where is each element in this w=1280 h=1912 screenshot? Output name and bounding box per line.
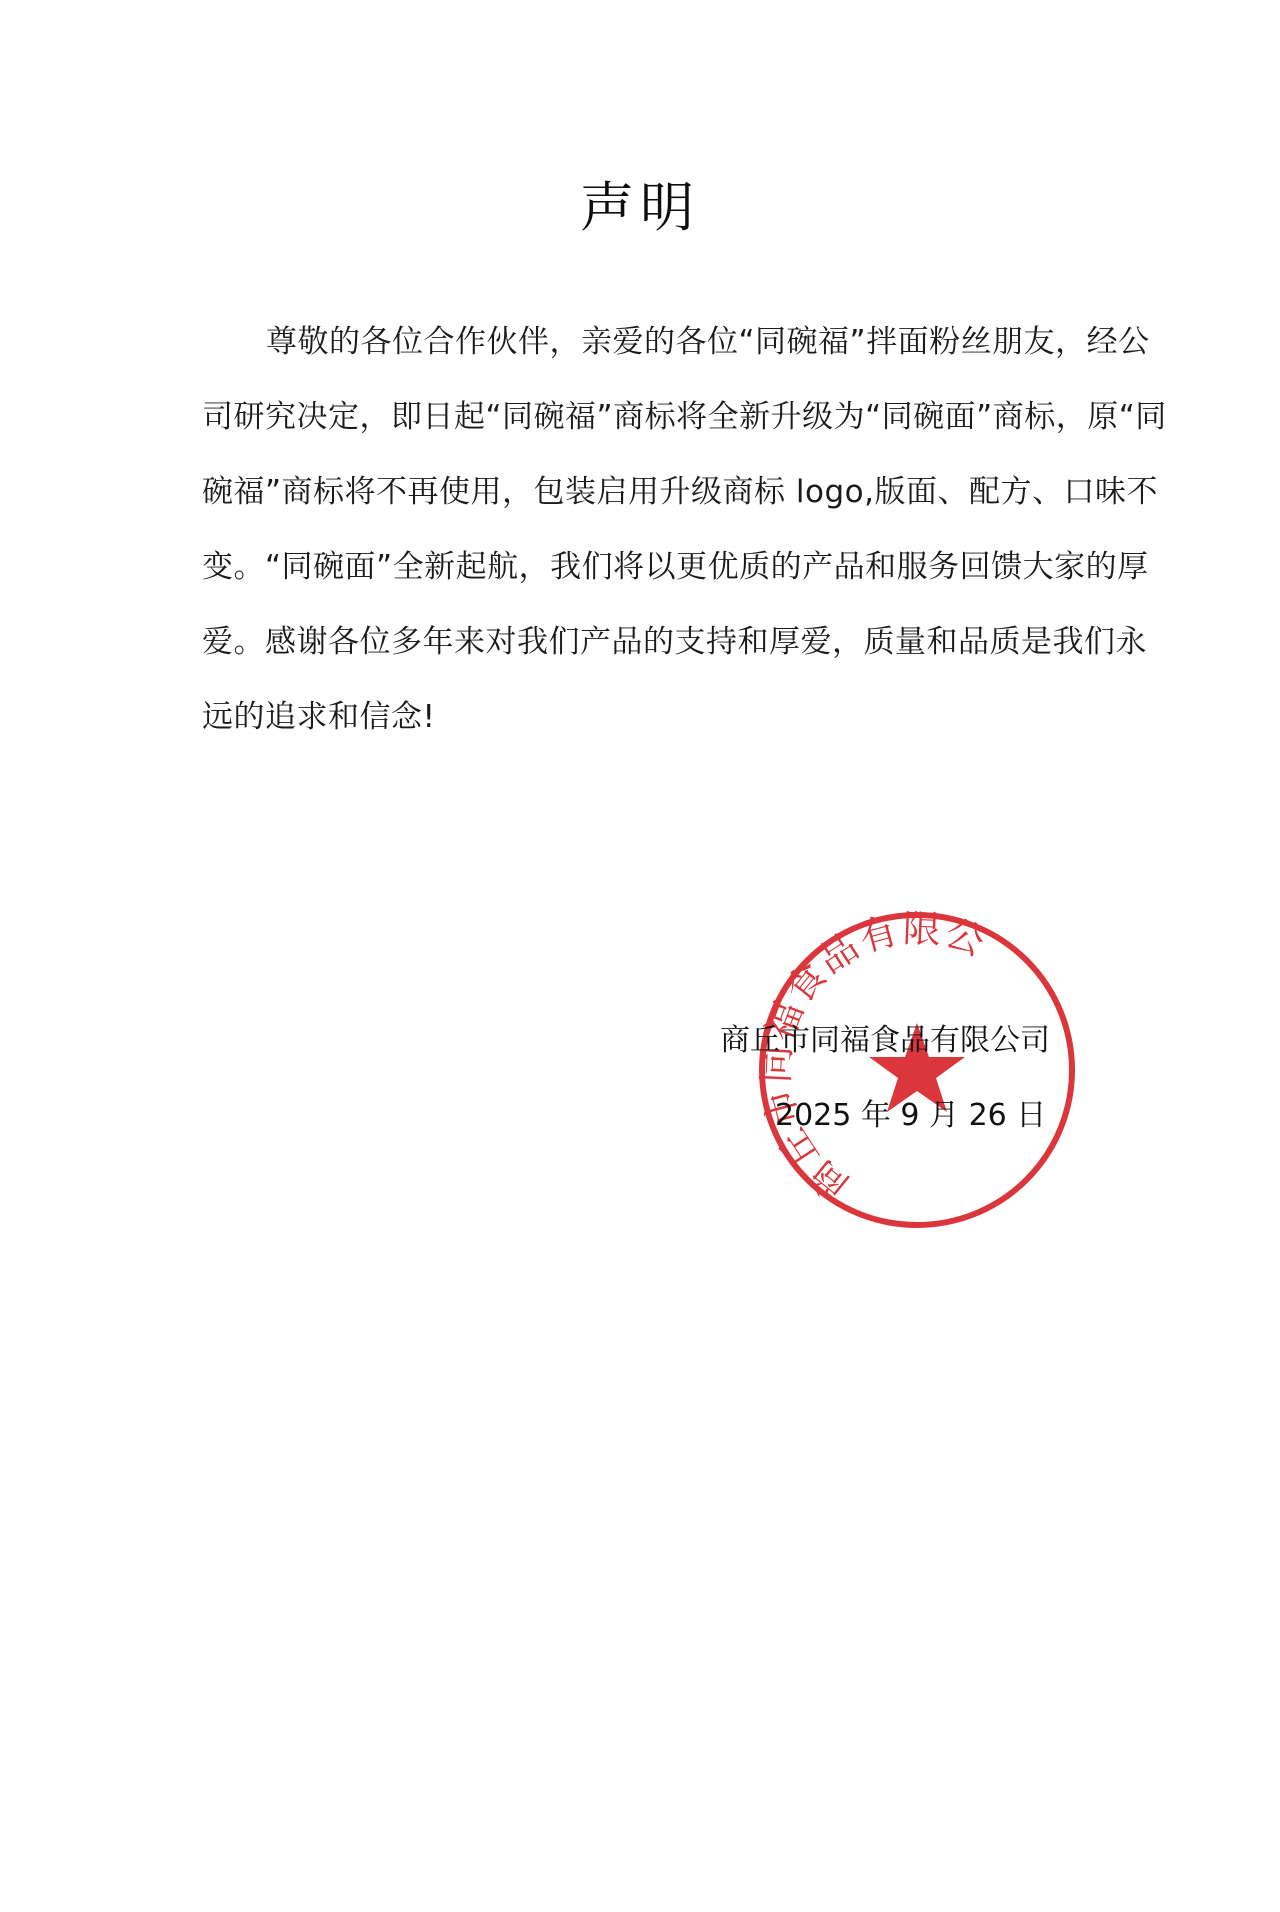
company-seal-stamp: 商丘市同福食品有限公司 (752, 905, 1082, 1235)
signature-date: 2025 年 9 月 26 日 (775, 1090, 1046, 1134)
signature-company: 商丘市同福食品有限公司 (720, 1015, 1050, 1059)
body-line: 爱。感谢各位多年来对我们产品的支持和厚爱，质量和品质是我们永 (202, 605, 1102, 680)
body-line: 变。“同碗面”全新起航，我们将以更优质的产品和服务回馈大家的厚 (202, 530, 1102, 605)
statement-body: 尊敬的各位合作伙伴，亲爱的各位“同碗福”拌面粉丝朋友，经公 司研究决定，即日起“… (202, 305, 1102, 755)
body-line: 司研究决定，即日起“同碗福”商标将全新升级为“同碗面”商标，原“同 (202, 380, 1102, 455)
body-line: 远的追求和信念! (202, 680, 1102, 755)
document-title: 声明 (0, 165, 1280, 242)
body-line: 碗福”商标将不再使用，包装启用升级商标 logo,版面、配方、口味不 (202, 455, 1102, 530)
body-line: 尊敬的各位合作伙伴，亲爱的各位“同碗福”拌面粉丝朋友，经公 (202, 305, 1102, 380)
